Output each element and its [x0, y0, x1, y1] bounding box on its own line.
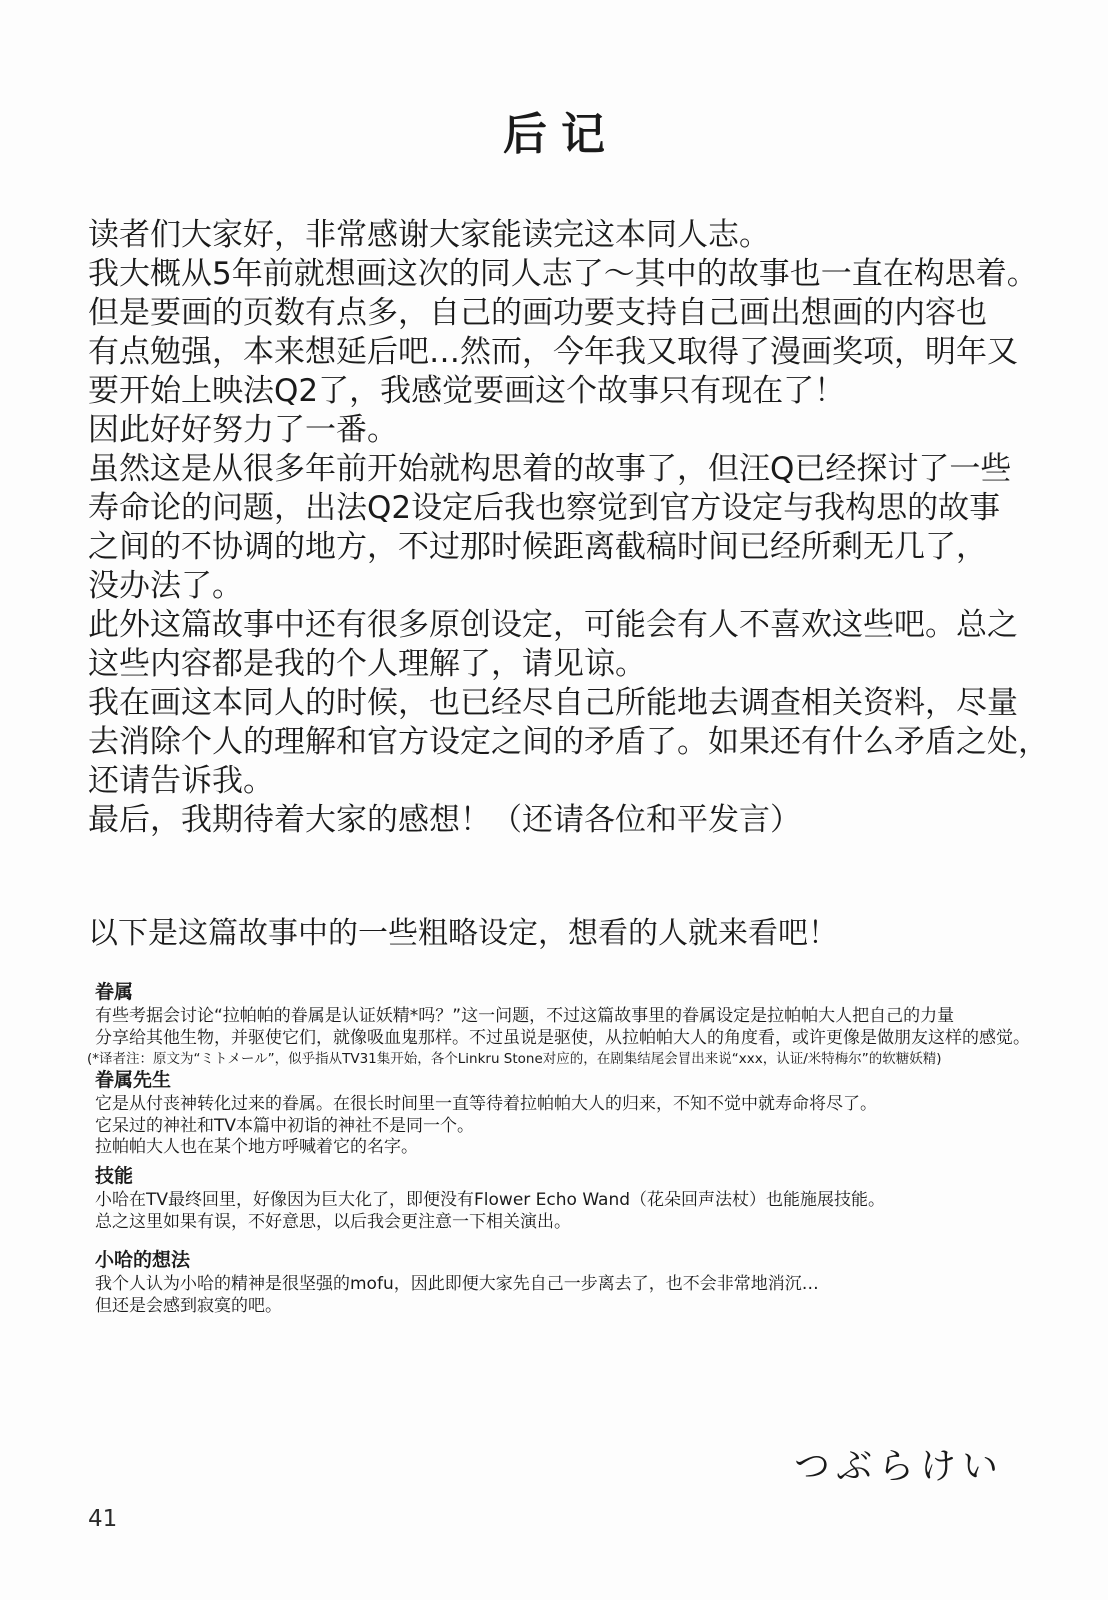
- artist-signature: つぶらけい: [794, 1438, 1004, 1489]
- section-line: 拉帕帕大人也在某个地方呼喊着它的名字。: [95, 1137, 1088, 1159]
- afterword-line: 虽然这是从很多年前开始就构思着的故事了，但汪Q已经探讨了一些: [88, 450, 1068, 489]
- afterword-line: 去消除个人的理解和官方设定之间的矛盾了。如果还有什么矛盾之处，: [88, 723, 1068, 762]
- afterword-line: 但是要画的页数有点多，自己的画功要支持自己画出想画的内容也: [88, 294, 1068, 333]
- page-title: 后记: [0, 98, 1108, 162]
- section-kenzoku: 眷属 有些考据会讨论“拉帕帕的眷属是认证妖精*吗？”这一问题，不过这篇故事里的眷…: [95, 980, 1088, 1068]
- afterword-line: 要开始上映法Q2了，我感觉要画这个故事只有现在了！: [88, 372, 1068, 411]
- section-heading: 技能: [95, 1164, 1088, 1188]
- page-number: 41: [88, 1506, 117, 1532]
- afterword-line: 这些内容都是我的个人理解了，请见谅。: [88, 645, 1068, 684]
- afterword-line: 我大概从5年前就想画这次的同人志了～其中的故事也一直在构思着。: [88, 255, 1068, 294]
- afterword-line: 寿命论的问题，出法Q2设定后我也察觉到官方设定与我构思的故事: [88, 489, 1068, 528]
- section-heading: 眷属先生: [95, 1068, 1088, 1092]
- section-xiaoha-thoughts: 小哈的想法 我个人认为小哈的精神是很坚强的mofu，因此即便大家先自己一步离去了…: [95, 1248, 1088, 1317]
- section-line: 分享给其他生物，并驱使它们，就像吸血鬼那样。不过虽说是驱使，从拉帕帕大人的角度看…: [95, 1028, 1088, 1050]
- afterword-line: 没办法了。: [88, 567, 1068, 606]
- afterword-body: 读者们大家好，非常感谢大家能读完这本同人志。 我大概从5年前就想画这次的同人志了…: [88, 216, 1068, 840]
- section-line: 我个人认为小哈的精神是很坚强的mofu，因此即便大家先自己一步离去了，也不会非常…: [95, 1274, 1088, 1296]
- section-heading: 眷属: [95, 980, 1088, 1004]
- section-line: 它是从付丧神转化过来的眷属。在很长时间里一直等待着拉帕帕大人的归来，不知不觉中就…: [95, 1094, 1088, 1116]
- afterword-line: 最后，我期待着大家的感想！（还请各位和平发言）: [88, 801, 1068, 840]
- settings-intro: 以下是这篇故事中的一些粗略设定，想看的人就来看吧！: [88, 916, 838, 952]
- section-skills: 技能 小哈在TV最终回里，好像因为巨大化了，即便没有Flower Echo Wa…: [95, 1164, 1088, 1233]
- doujinshi-afterword-page: 后记 读者们大家好，非常感谢大家能读完这本同人志。 我大概从5年前就想画这次的同…: [0, 0, 1108, 1600]
- afterword-line: 此外这篇故事中还有很多原创设定，可能会有人不喜欢这些吧。总之: [88, 606, 1068, 645]
- section-kenzoku-san: 眷属先生 它是从付丧神转化过来的眷属。在很长时间里一直等待着拉帕帕大人的归来，不…: [95, 1068, 1088, 1159]
- section-line: 总之这里如果有误，不好意思，以后我会更注意一下相关演出。: [95, 1212, 1088, 1234]
- section-line: 但还是会感到寂寞的吧。: [95, 1296, 1088, 1318]
- section-line: 有些考据会讨论“拉帕帕的眷属是认证妖精*吗？”这一问题，不过这篇故事里的眷属设定…: [95, 1006, 1088, 1028]
- section-line: 它呆过的神社和TV本篇中初诣的神社不是同一个。: [95, 1116, 1088, 1138]
- section-heading: 小哈的想法: [95, 1248, 1088, 1272]
- afterword-line: 还请告诉我。: [88, 762, 1068, 801]
- afterword-line: 因此好好努力了一番。: [88, 411, 1068, 450]
- translator-note: (*译者注：原文为“ミトメール”，似乎指从TV31集开始，各个Linkru St…: [87, 1051, 1088, 1068]
- afterword-line: 读者们大家好，非常感谢大家能读完这本同人志。: [88, 216, 1068, 255]
- afterword-line: 我在画这本同人的时候，也已经尽自己所能地去调查相关资料，尽量: [88, 684, 1068, 723]
- afterword-line: 之间的不协调的地方，不过那时候距离截稿时间已经所剩无几了，: [88, 528, 1068, 567]
- section-line: 小哈在TV最终回里，好像因为巨大化了，即便没有Flower Echo Wand（…: [95, 1190, 1088, 1212]
- afterword-line: 有点勉强，本来想延后吧…然而，今年我又取得了漫画奖项，明年又: [88, 333, 1068, 372]
